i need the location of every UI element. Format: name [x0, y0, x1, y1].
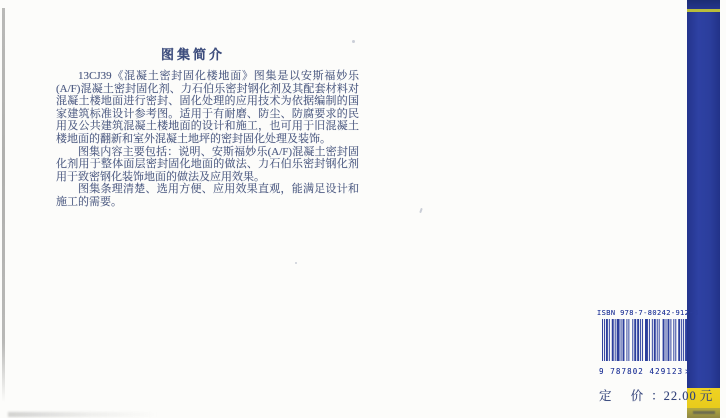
spine-top-band — [687, 0, 720, 9]
scan-speck — [419, 208, 423, 213]
intro-title: 图集简介 — [161, 44, 225, 63]
price-line: 定 价：22.00元 — [599, 386, 712, 404]
isbn-text: ISBN 978-7-80242-912-3 — [597, 309, 697, 317]
intro-paragraph-3: 图集条理清楚、选用方便、应用效果直观，能满足设计和施工的需要。 — [56, 183, 359, 208]
intro-section: 13CJ39《混凝土密封固化楼地面》图集是以安斯福妙乐(A/F)混凝土密封固化剂… — [56, 70, 359, 209]
scan-speck — [295, 262, 297, 264]
barcode-block: ISBN 978-7-80242-912-3 9 787802 429123> — [597, 309, 697, 372]
ean-number: 9 787802 429123 — [599, 367, 683, 376]
spine-olive-band — [687, 408, 720, 418]
ean-quiet-zone-mark: > — [685, 367, 691, 376]
price-amount: 22.00 — [664, 389, 697, 403]
barcode-digits: 9 787802 429123> — [599, 367, 697, 376]
scan-smudge — [8, 412, 158, 417]
price-label: 定 价 — [599, 389, 651, 403]
price-currency: 元 — [700, 389, 713, 403]
book-back-cover: 图集简介 13CJ39《混凝土密封固化楼地面》图集是以安斯福妙乐(A/F)混凝土… — [0, 0, 726, 418]
intro-paragraph-1: 13CJ39《混凝土密封固化楼地面》图集是以安斯福妙乐(A/F)混凝土密封固化剂… — [56, 70, 359, 146]
barcode-icon — [602, 319, 697, 366]
intro-paragraph-2: 图集内容主要包括：说明、安斯福妙乐(A/F)混凝土密封固化剂用于整体面层密封固化… — [56, 146, 359, 184]
scan-speck — [352, 40, 355, 43]
spine-print-mark — [693, 411, 715, 414]
scan-edge-line — [2, 8, 5, 402]
price-separator: ： — [651, 389, 664, 403]
